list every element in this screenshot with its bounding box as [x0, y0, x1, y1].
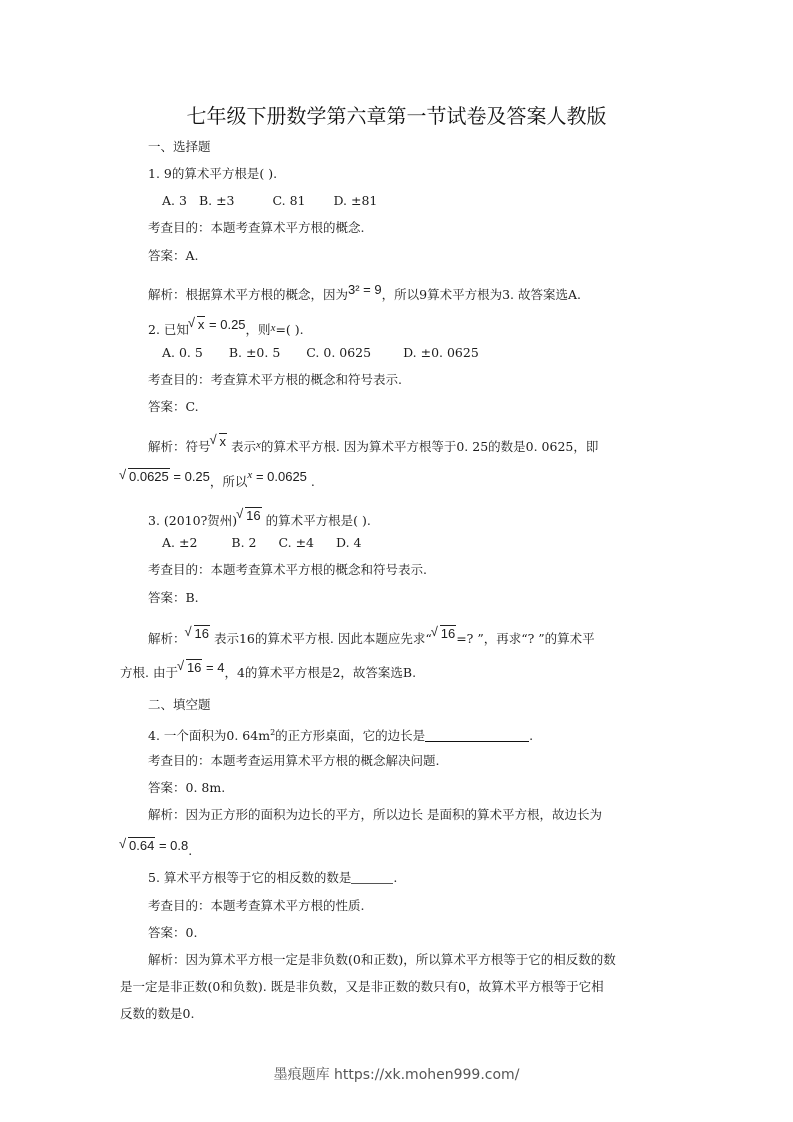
q4-analysis-line1: 解析：因为正方形的面积为边长的平方，所以边长 是面积的算术平方根，故边长为 [148, 807, 602, 823]
q3-answer: 答案：B. [148, 590, 199, 606]
q3-analysis-sqrt16: 16 [186, 626, 210, 641]
q3-stem-sqrt16: 16 [237, 508, 261, 523]
q1-analysis: 解析：根据算术平方根的概念，因为3² = 9，所以9算术平方根为3. 故答案选A… [148, 282, 581, 303]
q1-analysis-formula: 3² = 9 [348, 282, 382, 297]
q2-analysis-sqrt-x: x [211, 434, 228, 449]
section-heading-fill: 二、填空题 [148, 697, 211, 713]
q3-analysis-sqrt16-b: 16 [432, 626, 456, 641]
q1-option-b: B. ±3 [199, 193, 235, 208]
q1-option-d: D. ±81 [333, 193, 377, 208]
q3-stem: 3. (2010?贺州)16 的算术平方根是( ). [148, 508, 371, 529]
q5-analysis-line2: 是一定是非正数(0和负数). 既是非负数，又是非正数的数只有0，故算术平方根等于… [120, 979, 604, 995]
q1-analysis-text-end: ，所以9算术平方根为3. 故答案选A. [382, 287, 581, 302]
q2-option-b: B. ±0. 5 [229, 345, 280, 360]
q5-stem: 5. 算术平方根等于它的相反数的数是. [148, 870, 397, 886]
q3-option-b: B. 2 [231, 535, 256, 550]
q3-purpose: 考查目的：本题考查算术平方根的概念和符号表示. [148, 562, 427, 578]
q5-answer-blank [351, 871, 393, 884]
q2-options: A. 0. 5B. ±0. 5C. 0. 0625D. ±0. 0625 [162, 345, 479, 361]
q4-answer-blank [425, 729, 529, 742]
q5-purpose: 考查目的：本题考查算术平方根的性质. [148, 898, 364, 914]
q1-options: A. 3B. ±3C. 81D. ±81 [162, 193, 377, 209]
q2-analysis-formula1: 0.0625 = 0.25 [120, 469, 210, 484]
q4-stem: 4. 一个面积为0. 64m2的正方形桌面，它的边长是. [148, 725, 533, 744]
q2-option-c: C. 0. 0625 [306, 345, 371, 360]
q1-option-c: C. 81 [273, 193, 306, 208]
q2-analysis-formula2: x = 0.0625 [247, 469, 306, 484]
section-heading-choice: 一、选择题 [148, 139, 211, 155]
q2-answer: 答案：C. [148, 399, 199, 415]
q3-option-a: A. ±2 [162, 535, 197, 550]
q2-analysis-line1: 解析：符号x 表示x的算术平方根. 因为算术平方根等于0. 25的数是0. 06… [148, 434, 598, 455]
q1-option-a: A. 3 [162, 193, 187, 208]
q5-analysis-line3: 反数的数是0. [120, 1006, 194, 1022]
footer-watermark: 墨痕题库 https://xk.mohen999.com/ [0, 1064, 793, 1084]
q2-analysis-line2: 0.0625 = 0.25，所以x = 0.0625 . [120, 467, 315, 490]
q3-option-d: D. 4 [336, 535, 361, 550]
q3-option-c: C. ±4 [279, 535, 315, 550]
q5-answer: 答案：0. [148, 925, 197, 941]
document-title: 七年级下册数学第六章第一节试卷及答案人教版 [0, 103, 793, 129]
q2-purpose: 考查目的：考查算术平方根的概念和符号表示. [148, 372, 402, 388]
q2-option-d: D. ±0. 0625 [403, 345, 479, 360]
q4-analysis-line2: 0.64 = 0.8. [120, 838, 192, 859]
q4-analysis-formula: 0.64 = 0.8 [120, 838, 188, 853]
q2-stem: 2. 已知x = 0.25，则x=( ). [148, 317, 304, 338]
q4-purpose: 考查目的：本题考查运用算术平方根的概念解决问题. [148, 753, 439, 769]
q3-analysis-line2: 方根. 由于16 = 4，4的算术平方根是2，故答案选B. [120, 660, 416, 681]
q5-analysis-line1: 解析：因为算术平方根一定是非负数(0和正数)，所以算术平方根等于它的相反数的数 [148, 952, 616, 968]
q3-options: A. ±2B. 2C. ±4D. 4 [162, 535, 361, 551]
q2-option-a: A. 0. 5 [162, 345, 203, 360]
q4-answer: 答案：0. 8m. [148, 780, 225, 796]
q1-purpose: 考查目的：本题考查算术平方根的概念. [148, 220, 364, 236]
q2-stem-prefix: 2. 已知 [148, 322, 189, 337]
q3-analysis-line1: 解析：16 表示16的算术平方根. 因此本题应先求“16=? ”，再求“? ”的… [148, 626, 595, 647]
q2-stem-formula: x = 0.25 [189, 317, 246, 332]
q1-stem: 1. 9的算术平方根是( ). [148, 166, 277, 182]
q3-analysis-formula: 16 = 4 [178, 660, 225, 675]
q1-answer: 答案：A. [148, 248, 199, 264]
q1-analysis-text: 解析：根据算术平方根的概念，因为 [148, 287, 348, 302]
